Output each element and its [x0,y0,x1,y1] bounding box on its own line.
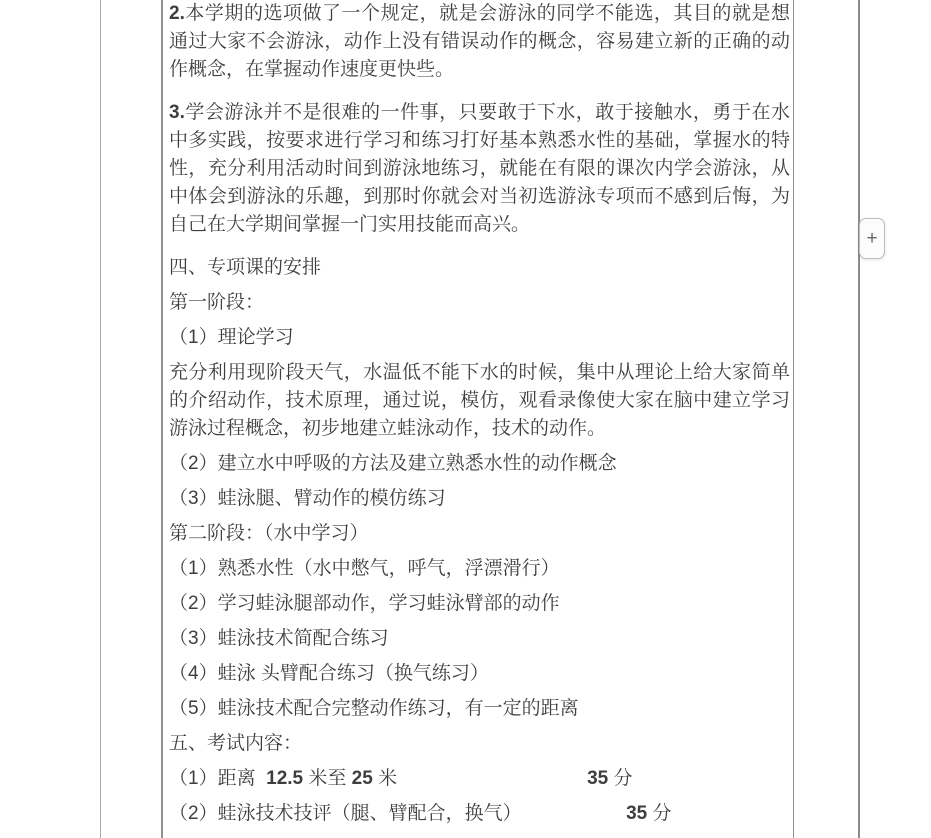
document-body: 2.本学期的选项做了一个规定，就是会游泳的同学不能选，其目的就是想通过大家不会游… [163,0,793,828]
text-run: （5）蛙泳技术配合完整动作练习，有一定的距离 [169,698,579,719]
paragraph: 充分利用现阶段天气，水温低不能下水的时候，集中从理论上给大家简单的介绍动作，技术… [169,359,790,443]
paragraph: （2）学习蛙泳腿部动作，学习蛙泳臂部的动作 [169,590,790,618]
text-run: （1）理论学习 [169,327,294,348]
text-run: 第二阶段：（水中学习） [169,523,369,544]
text-run: 第一阶段： [169,292,264,313]
paragraph: （1）理论学习 [169,324,790,352]
page-left-border-line [100,0,101,838]
plus-icon: + [866,229,877,248]
text-run: 五、考试内容： [169,733,302,754]
bold-text-run: 3. [169,102,185,123]
text-run: 分 [608,768,632,789]
text-run: 四、专项课的安排 [169,257,321,278]
paragraph: 四、专项课的安排 [169,254,790,282]
text-run: 米至 [303,768,352,789]
paragraph: （2）蛙泳技术技评（腿、臂配合，换气） 35 分 [169,800,790,828]
bold-text-run: 2. [169,3,185,24]
document-text-cell: 2.本学期的选项做了一个规定，就是会游泳的同学不能选，其目的就是想通过大家不会游… [161,0,794,838]
text-run: （2）建立水中呼吸的方法及建立熟悉水性的动作概念 [169,453,617,474]
paragraph: （4）蛙泳 头臂配合练习（换气练习） [169,660,790,688]
text-run: （1）熟悉水性（水中憋气，呼气，浮漂滑行） [169,558,560,579]
paragraph: 第一阶段： [169,289,790,317]
paragraph: （3）蛙泳技术简配合练习 [169,625,790,653]
text-run: 本学期的选项做了一个规定，就是会游泳的同学不能选，其目的就是想通过大家不会游泳，… [169,3,790,80]
text-run: （2）学习蛙泳腿部动作，学习蛙泳臂部的动作 [169,593,560,614]
bold-text-run: 12.5 [266,768,303,789]
paragraph: 3.学会游泳并不是很难的一件事，只要敢于下水，敢于接触水，勇于在水中多实践，按要… [169,99,790,239]
text-run: 米 [373,768,587,789]
paragraph: （3）蛙泳腿、臂动作的模仿练习 [169,485,790,513]
text-run: （4）蛙泳 头臂配合练习（换气练习） [169,663,489,684]
bold-text-run: 25 [352,768,373,789]
text-run: 分 [647,803,671,824]
paragraph: （1）熟悉水性（水中憋气，呼气，浮漂滑行） [169,555,790,583]
paragraph: （2）建立水中呼吸的方法及建立熟悉水性的动作概念 [169,450,790,478]
bold-text-run: 35 [587,768,608,789]
paragraph: 五、考试内容： [169,730,790,758]
paragraph: 2.本学期的选项做了一个规定，就是会游泳的同学不能选，其目的就是想通过大家不会游… [169,0,790,84]
text-run: （1）距离 [169,768,266,789]
bold-text-run: 35 [626,803,647,824]
text-run: （2）蛙泳技术技评（腿、臂配合，换气） [169,803,626,824]
paragraph: 第二阶段：（水中学习） [169,520,790,548]
text-run: 学会游泳并不是很难的一件事，只要敢于下水，敢于接触水，勇于在水中多实践，按要求进… [169,102,790,235]
expand-toggle-button[interactable]: + [859,218,885,259]
text-run: 充分利用现阶段天气，水温低不能下水的时候，集中从理论上给大家简单的介绍动作，技术… [169,362,790,439]
text-run: （3）蛙泳技术简配合练习 [169,628,389,649]
text-run: （3）蛙泳腿、臂动作的模仿练习 [169,488,446,509]
page-right-border-line [858,0,860,838]
paragraph: （1）距离 12.5 米至 25 米 35 分 [169,765,790,793]
paragraph: （5）蛙泳技术配合完整动作练习，有一定的距离 [169,695,790,723]
